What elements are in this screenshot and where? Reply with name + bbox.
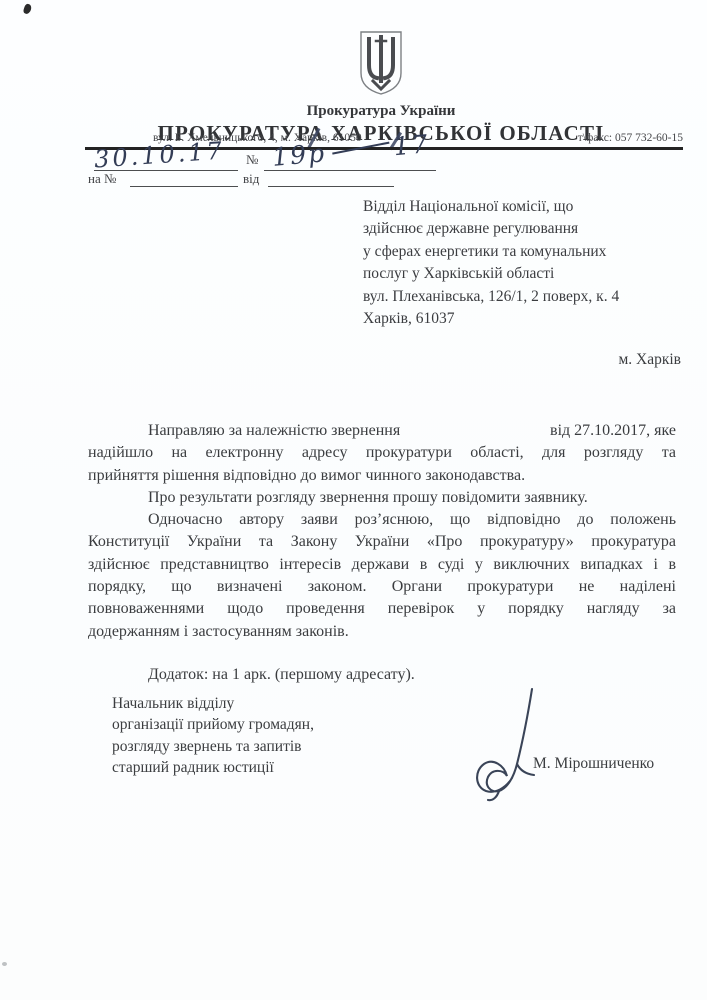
recipient-line: вул. Плеханівська, 126/1, 2 поверх, к. 4: [363, 286, 619, 308]
body-line: порядку, що визначені законом. Органи пр…: [88, 576, 676, 598]
org-parent-name: Прокуратура України: [55, 103, 707, 120]
paragraph-gap: [88, 643, 676, 664]
letter-body: Направляю за належністю звернення від 27…: [88, 420, 676, 686]
body-line: надійшло на електронну адресу прокуратур…: [88, 442, 676, 464]
signer-name: М. Мірошниченко: [533, 755, 654, 773]
body-line: Про результати розгляду звернення прошу …: [88, 487, 676, 509]
signer-position-line: Начальник відділу: [112, 693, 314, 714]
scan-artifact-speck: [2, 962, 7, 966]
handwritten-number-part: 17: [392, 129, 430, 161]
scan-artifact-speck: [23, 3, 33, 15]
body-line-left: Направляю за належністю звернення: [148, 420, 400, 442]
signer-position-block: Начальник відділу організації прийому гр…: [112, 693, 314, 779]
ukraine-trident-emblem-icon: [358, 30, 404, 101]
signer-position-line: старший радник юстиції: [112, 757, 314, 778]
number-sign-label: №: [246, 152, 258, 168]
body-line: Одночасно автору заяви роз’яснюю, що від…: [88, 509, 676, 531]
signer-position-line: організації прийому громадян,: [112, 714, 314, 735]
signer-position-line: розгляду звернень та запитів: [112, 736, 314, 757]
redacted-gap: [400, 420, 550, 442]
scanned-letter-page: Прокуратура України ПРОКУРАТУРА ХАРКІВСЬ…: [0, 0, 707, 1000]
recipient-line: у сферах енергетики та комунальних: [363, 241, 619, 263]
recipient-line: Відділ Національної комісії, що: [363, 196, 619, 218]
handwritten-number-part: 19р: [271, 138, 327, 172]
body-line: додержанням і застосуванням законів.: [88, 621, 676, 643]
org-fax: т\факс: 057 732-60-15: [578, 132, 683, 144]
reply-date-underline: [268, 186, 394, 187]
handwritten-signature: [468, 686, 563, 809]
reply-number-underline: [130, 186, 238, 187]
body-line: повноваженнями щодо проведення перевірок…: [88, 598, 676, 620]
recipient-line: Харків, 61037: [363, 308, 619, 330]
recipient-address-block: Відділ Національної комісії, що здійснює…: [363, 196, 619, 330]
number-underline: [264, 170, 436, 171]
body-line: здійснює представництво інтересів держав…: [88, 554, 676, 576]
recipient-line: послуг у Харківській області: [363, 263, 619, 285]
body-line: Конституції України та Закону України «П…: [88, 531, 676, 553]
letterhead: Прокуратура України ПРОКУРАТУРА ХАРКІВСЬ…: [55, 30, 707, 146]
handwritten-dash: [332, 141, 389, 154]
body-line: прийняття рішення відповідно до вимог чи…: [88, 465, 676, 487]
recipient-line: здійснює державне регулювання: [363, 218, 619, 240]
body-line-right: від 27.10.2017, яке: [550, 420, 676, 442]
reply-from-date-label: від: [243, 171, 259, 187]
body-line: Направляю за належністю звернення від 27…: [88, 420, 676, 442]
attachment-line: Додаток: на 1 арк. (першому адресату).: [88, 664, 676, 686]
place-line: м. Харків: [618, 351, 681, 369]
reply-to-number-label: на №: [88, 171, 116, 187]
